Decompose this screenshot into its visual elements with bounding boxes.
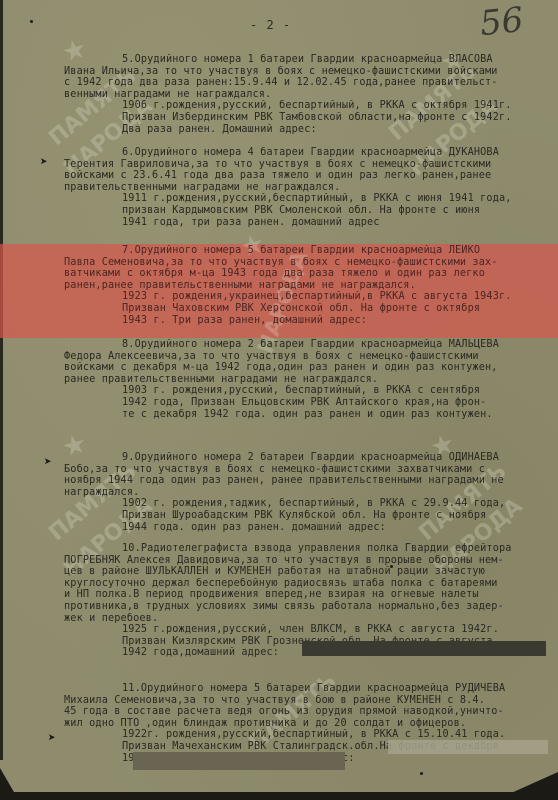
entry-text-line: венными наградами не награждался. <box>64 89 554 101</box>
redacted-address-block <box>388 740 548 754</box>
entry-text-line: 5.Орудийного номера 1 батареи Гвардии кр… <box>64 54 554 66</box>
entry-text-line: правительственными наградами не награжда… <box>64 182 554 194</box>
award-entry-8: 8.Орудийного номера 2 батареи Гвардии кр… <box>64 339 554 420</box>
entry-text-line: с 1942 года два раза ранен:15.9.44 и 12.… <box>64 77 554 89</box>
tick-mark-icon: ➤ <box>40 157 54 169</box>
entry-text-line: и НП полка.В период продвижения вперед,н… <box>64 589 554 601</box>
entry-text-line: 1906 г.рождения,русский, беспартийный, в… <box>64 100 554 112</box>
entry-text-line: Призван Чаховским РВК Херсонской обл. На… <box>64 303 554 315</box>
document-page: ПАМЯТЬ НАРОДА ПАМЯТЬ НАРОДА ПАМЯТЬ НАРОД… <box>0 0 558 800</box>
entry-text-line: 1925 г.рождения,русский, член ВЛКСМ, в Р… <box>64 624 554 636</box>
entry-text-line: 1942 года, Призван Ельцовским РВК Алтайс… <box>64 397 554 409</box>
award-entry-5: 5.Орудийного номера 1 батареи Гвардии кр… <box>64 54 554 135</box>
entry-text-line: 1902 г. рождения,таджик, беспартийный, в… <box>64 498 554 510</box>
entry-text-line: 7.Орудийного номера 5 батареи Гвардии кр… <box>64 245 554 257</box>
entry-text-line: жек и перебоев. <box>64 613 554 625</box>
entry-text-line: Федора Алексеевича,за то что участвуя в … <box>64 351 554 363</box>
entry-text-line: Призван Избердинским РВК Тамбовской обла… <box>64 112 554 124</box>
entry-text-line: 1943 г. Три раза ранен, домашний адрес: <box>64 315 554 327</box>
redacted-address-block <box>302 641 546 656</box>
entry-text-line: 1903 г. рождения,русский, беспартийный, … <box>64 385 554 397</box>
ink-speck <box>420 772 423 775</box>
entry-text-line: ватчиками с октября м-ца 1943 года два р… <box>64 268 554 280</box>
page-number: - 2 - <box>250 18 291 32</box>
entry-text-line: 1923 г. рождения,украинец,беспартийный,в… <box>64 291 554 303</box>
entry-text-line: Терентия Гавриловича,за то что участвуя … <box>64 159 554 171</box>
entry-text-line: ранен,ранее правительственными наградами… <box>64 280 554 292</box>
entry-text-line: 1944 года. один раз ранен. домашний адре… <box>64 522 554 534</box>
entry-text-line: Михаила Семеновича,за то что участвуя в … <box>64 695 554 707</box>
entry-text-line: войсками с декабря м-ца 1942 года,один р… <box>64 362 554 374</box>
award-entry-7: 7.Орудийного номера 5 батареи Гвардии кр… <box>64 245 554 326</box>
entry-text-line: ранее правительственными наградами не на… <box>64 374 554 386</box>
award-entry-9: 9.Орудийного номера 2 батареи Гвардии кр… <box>64 452 554 533</box>
entry-text-line: 11.Орудийного номера 5 батареи Гвардии к… <box>64 683 554 695</box>
entry-text-line: призван Кардымовским РВК Смоленской обл.… <box>64 205 554 217</box>
entry-text-line: противника,в трудных условиях зимы связь… <box>64 601 554 613</box>
entry-text-line: 8.Орудийного номера 2 батареи Гвардии кр… <box>64 339 554 351</box>
entry-text-line: 45 года в составе расчета ведя огонь из … <box>64 706 554 718</box>
award-entry-6: 6.Орудийного номера 4 батареи Гвардии кр… <box>64 147 554 228</box>
redacted-address-block <box>133 752 345 770</box>
entry-text-line: круглосуточно держал бесперебойную радио… <box>64 578 554 590</box>
entry-text-line: цев в районе ШУЛЬКАЛЛЕН и КУМЕНЕН работа… <box>64 566 554 578</box>
entry-text-line: Призван Шуроабадским РВК Кулябской обл. … <box>64 510 554 522</box>
entry-text-line: 1911 г.рождения,русский,беспартийный, в … <box>64 193 554 205</box>
entry-text-line: Павла Семеновича,за то что участвуя в бо… <box>64 257 554 269</box>
entry-text-line: Бобо,за то что участвуя в боях с немецко… <box>64 464 554 476</box>
entry-text-line: 10.Радиотелеграфиста взвода управления п… <box>64 543 554 555</box>
entry-text-line: ПОГРЕБНЯК Алексея Давидовича,за то что у… <box>64 555 554 567</box>
entry-text-line: 1941 года, три раза ранен. домашний адре… <box>64 217 554 229</box>
entry-text-line: 6.Орудийного номера 4 батареи Гвардии кр… <box>64 147 554 159</box>
entry-text-line: жил одно ПТО ,один блиндаж противника и … <box>64 718 554 730</box>
ink-speck <box>30 20 33 23</box>
entry-text-line: те с декабря 1942 года. один раз ранен и… <box>64 409 554 421</box>
page-edge-shadow <box>0 0 3 760</box>
entry-text-line: войсками с 23.6.41 года два раза тяжело … <box>64 170 554 182</box>
entry-text-line: Два раза ранен. Домашний адрес: <box>64 124 554 136</box>
entry-text-line: Ивана Ильича,за то что участвуя в боях с… <box>64 66 554 78</box>
entry-text-line: награждался. <box>64 487 554 499</box>
entry-text-line: ноября 1944 года один раз ранен, ранее п… <box>64 475 554 487</box>
handwritten-sheet-number: 56 <box>478 0 525 44</box>
entry-text-line: 9.Орудийного номера 2 батареи Гвардии кр… <box>64 452 554 464</box>
tick-mark-icon: ➤ <box>44 457 58 469</box>
tick-mark-icon: ➤ <box>48 733 62 745</box>
